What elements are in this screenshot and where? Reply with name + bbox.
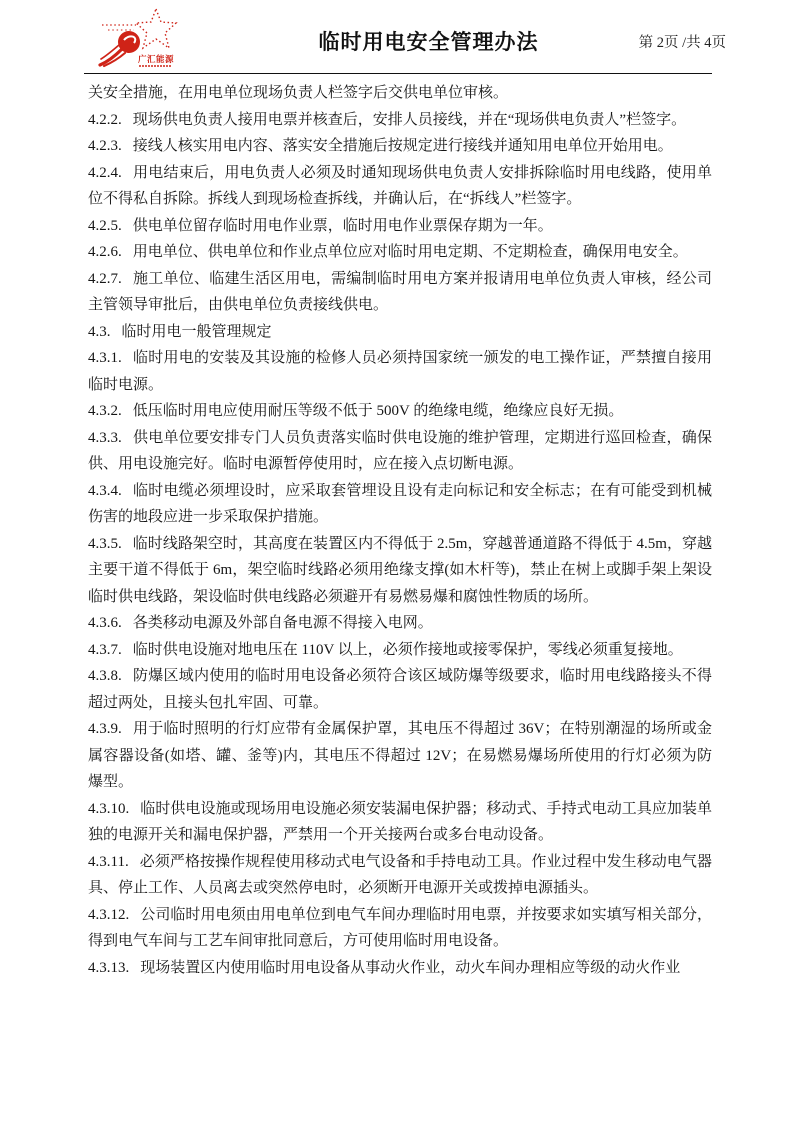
clause-text: 现场供电负责人接用电票并核查后，安排人员接线，并在“现场供电负责人”栏签字。 (133, 112, 686, 128)
clause-text: 供电单位留存临时用电作业票，临时用电作业票保存期为一年。 (133, 218, 553, 234)
clause-number: 4.3.2. (88, 403, 122, 419)
clause-number: 4.3.7. (88, 642, 122, 658)
document-page: 广汇能源 临时用电安全管理办法 第 2页 /共 4页 关安全措施，在用电单位现场… (0, 0, 793, 1122)
paragraph: 4.3.5.临时线路架空时，其高度在装置区内不得低于 2.5m，穿越普通道路不得… (88, 531, 712, 611)
clause-number: 4.3.4. (88, 483, 122, 499)
clause-number: 4.2.7. (88, 271, 122, 287)
clause-text: 临时线路架空时，其高度在装置区内不得低于 2.5m，穿越普通道路不得低于 4.5… (88, 536, 712, 605)
paragraph: 4.3.11.必须严格按操作规程使用移动式电气设备和手持电动工具。作业过程中发生… (88, 849, 712, 902)
clause-text: 用于临时照明的行灯应带有金属保护罩，其电压不得超过 36V；在特别潮湿的场所或金… (88, 721, 712, 790)
clause-text: 施工单位、临建生活区用电，需编制临时用电方案并报请用电单位负责人审核，经公司主管… (88, 271, 712, 314)
clause-text: 临时供电设施对地电压在 110V 以上，必须作接地或接零保护，零线必须重复接地。 (133, 642, 683, 658)
paragraph: 4.3.9.用于临时照明的行灯应带有金属保护罩，其电压不得超过 36V；在特别潮… (88, 716, 712, 796)
clause-number: 4.2.2. (88, 112, 122, 128)
clause-number: 4.3.1. (88, 350, 122, 366)
clause-text: 临时用电一般管理规定 (122, 324, 272, 340)
page-number: 第 2页 /共 4页 (639, 31, 726, 52)
clause-text: 供电单位要安排专门人员负责落实临时供电设施的维护管理，定期进行巡回检查，确保供、… (88, 430, 712, 473)
clause-text: 公司临时用电须由用电单位到电气车间办理临时用电票，并按要求如实填写相关部分，得到… (88, 907, 712, 950)
paragraph: 4.2.5.供电单位留存临时用电作业票，临时用电作业票保存期为一年。 (88, 213, 712, 240)
paragraph: 4.2.6.用电单位、供电单位和作业点单位应对临时用电定期、不定期检查，确保用电… (88, 239, 712, 266)
clause-number: 4.3.12. (88, 907, 129, 923)
paragraph: 4.3.2.低压临时用电应使用耐压等级不低于 500V 的绝缘电缆，绝缘应良好无… (88, 398, 712, 425)
paragraph: 4.2.7.施工单位、临建生活区用电，需编制临时用电方案并报请用电单位负责人审核… (88, 266, 712, 319)
clause-text: 各类移动电源及外部自备电源不得接入电网。 (133, 615, 433, 631)
paragraph: 4.3.7.临时供电设施对地电压在 110V 以上，必须作接地或接零保护，零线必… (88, 637, 712, 664)
clause-number: 4.2.3. (88, 138, 122, 154)
clause-text: 低压临时用电应使用耐压等级不低于 500V 的绝缘电缆，绝缘应良好无损。 (133, 403, 624, 419)
paragraph: 4.3.8.防爆区域内使用的临时用电设备必须符合该区域防爆等级要求，临时用电线路… (88, 663, 712, 716)
clause-text: 接线人核实用电内容、落实安全措施后按规定进行接线并通知用电单位开始用电。 (133, 138, 673, 154)
clause-number: 4.3.5. (88, 536, 122, 552)
clause-number: 4.3. (88, 324, 111, 340)
paragraph: 4.3.13.现场装置区内使用临时用电设备从事动火作业，动火车间办理相应等级的动… (88, 955, 712, 982)
paragraph: 4.3.6.各类移动电源及外部自备电源不得接入电网。 (88, 610, 712, 637)
clause-number: 4.2.5. (88, 218, 122, 234)
document-body: 关安全措施，在用电单位现场负责人栏签字后交供电单位审核。 4.2.2.现场供电负… (88, 80, 712, 981)
paragraph: 4.2.2.现场供电负责人接用电票并核查后，安排人员接线，并在“现场供电负责人”… (88, 107, 712, 134)
paragraph: 4.3.4.临时电缆必须埋设时，应采取套管埋设且设有走向标记和安全标志；在有可能… (88, 478, 712, 531)
clause-number: 4.3.6. (88, 615, 122, 631)
clause-text: 必须严格按操作规程使用移动式电气设备和手持电动工具。作业过程中发生移动电气器具、… (88, 854, 712, 897)
clause-number: 4.3.3. (88, 430, 122, 446)
clause-text: 临时电缆必须埋设时，应采取套管埋设且设有走向标记和安全标志；在有可能受到机械伤害… (88, 483, 712, 526)
clause-number: 4.3.10. (88, 801, 129, 817)
paragraph: 4.3.1.临时用电的安装及其设施的检修人员必须持国家统一颁发的电工操作证，严禁… (88, 345, 712, 398)
paragraph: 关安全措施，在用电单位现场负责人栏签字后交供电单位审核。 (88, 80, 712, 107)
header-divider (84, 73, 712, 74)
clause-number: 4.3.8. (88, 668, 122, 684)
clause-number: 4.3.13. (88, 960, 129, 976)
paragraph: 4.3.12.公司临时用电须由用电单位到电气车间办理临时用电票，并按要求如实填写… (88, 902, 712, 955)
paragraph: 4.3.临时用电一般管理规定 (88, 319, 712, 346)
clause-number: 4.3.9. (88, 721, 122, 737)
paragraph: 4.3.10.临时供电设施或现场用电设施必须安装漏电保护器；移动式、手持式电动工… (88, 796, 712, 849)
clause-text: 临时用电的安装及其设施的检修人员必须持国家统一颁发的电工操作证，严禁擅自接用临时… (88, 350, 712, 393)
clause-number: 4.2.4. (88, 165, 122, 181)
clause-text: 现场装置区内使用临时用电设备从事动火作业，动火车间办理相应等级的动火作业 (140, 960, 680, 976)
clause-text: 用电结束后，用电负责人必须及时通知现场供电负责人安排拆除临时用电线路，使用单位不… (88, 165, 712, 208)
clause-text: 关安全措施，在用电单位现场负责人栏签字后交供电单位审核。 (88, 85, 508, 101)
clause-number: 4.3.11. (88, 854, 129, 870)
clause-number: 4.2.6. (88, 244, 122, 260)
paragraph: 4.2.4.用电结束后，用电负责人必须及时通知现场供电负责人安排拆除临时用电线路… (88, 160, 712, 213)
clause-text: 临时供电设施或现场用电设施必须安装漏电保护器；移动式、手持式电动工具应加装单独的… (88, 801, 712, 844)
clause-text: 防爆区域内使用的临时用电设备必须符合该区域防爆等级要求，临时用电线路接头不得超过… (88, 668, 712, 711)
clause-text: 用电单位、供电单位和作业点单位应对临时用电定期、不定期检查，确保用电安全。 (133, 244, 688, 260)
paragraph: 4.2.3.接线人核实用电内容、落实安全措施后按规定进行接线并通知用电单位开始用… (88, 133, 712, 160)
paragraph: 4.3.3.供电单位要安排专门人员负责落实临时供电设施的维护管理，定期进行巡回检… (88, 425, 712, 478)
